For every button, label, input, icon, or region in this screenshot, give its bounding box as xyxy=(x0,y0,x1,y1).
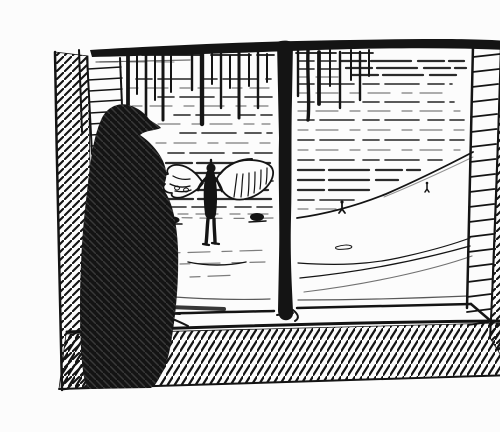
sketch-canvas xyxy=(40,16,500,416)
ink-drawing: Black pen-and-ink sketch: a dark hooded … xyxy=(40,16,500,416)
